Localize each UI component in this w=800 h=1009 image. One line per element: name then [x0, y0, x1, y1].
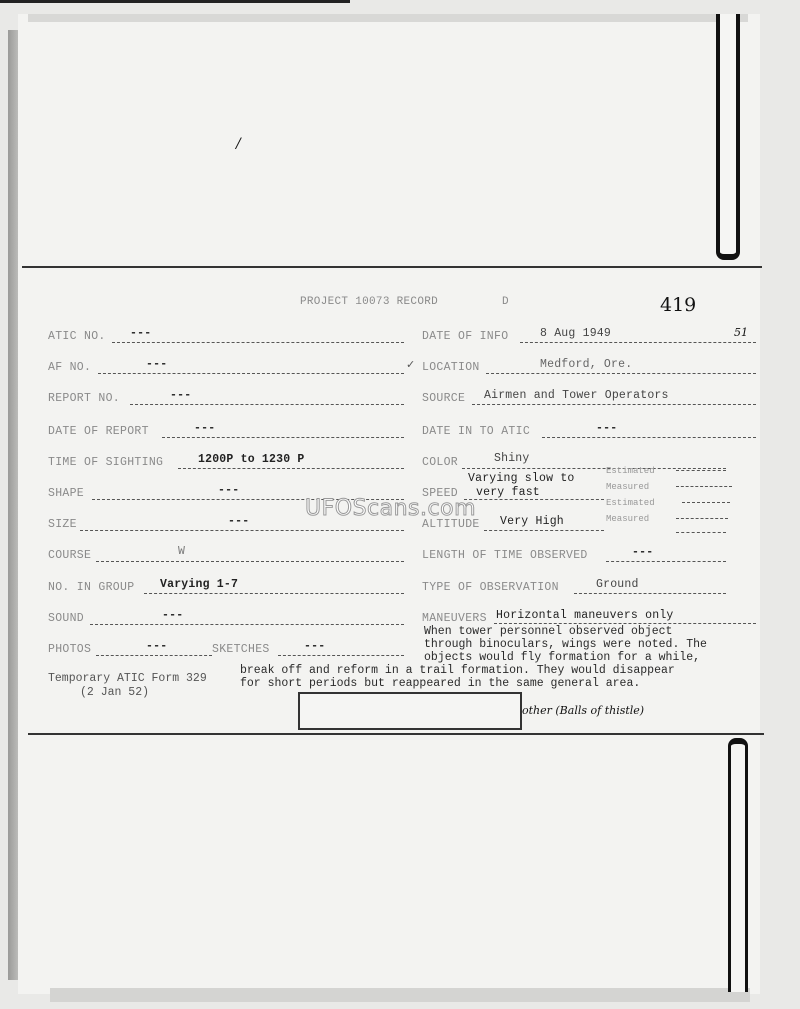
- record-header-suffix: D: [502, 296, 509, 308]
- corner-mark: 51: [734, 326, 748, 339]
- form-date: (2 Jan 52): [80, 686, 149, 699]
- watermark: UFOScans.com: [305, 496, 476, 521]
- punch-hole-bottom: [728, 738, 748, 992]
- record-header: PROJECT 10073 RECORD: [300, 296, 438, 308]
- conclusion-stamp-box: [298, 692, 522, 730]
- card-bottom-border: [28, 733, 764, 735]
- scan-top-edge: [0, 0, 350, 3]
- check-mark: ✓: [406, 358, 415, 371]
- page-number: 419: [660, 294, 696, 316]
- stray-mark: /: [236, 136, 241, 152]
- scan-bottom-shadow: [50, 988, 750, 1002]
- scan-top-shadow: [28, 14, 748, 22]
- card-top-border: [22, 266, 762, 268]
- form-name: Temporary ATIC Form 329: [48, 672, 207, 685]
- conclusion-note: other (Balls of thistle): [522, 704, 644, 717]
- punch-hole-top: [716, 14, 740, 260]
